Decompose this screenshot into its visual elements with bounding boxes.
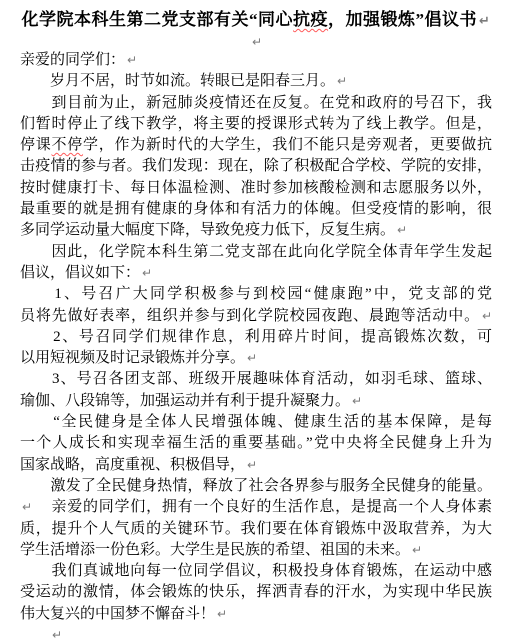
text-line: 以用短视频及时记录锻炼并分享。↵: [20, 348, 492, 369]
paragraph-mark-icon: ↵: [352, 394, 362, 408]
paragraph-mark-icon: ↵: [482, 309, 492, 323]
paragraph-mark-icon: ↵: [252, 35, 262, 49]
text-line: ↵: [20, 625, 492, 644]
paragraph-mark-icon: ↵: [142, 266, 152, 280]
text-line: “全民健身是全体人民增强体魄、健康生活的基本保障，是每: [20, 412, 492, 433]
text-line: 质，提升个人气质的关键环节。我们要在体育锻炼中汲取营养，为大: [20, 519, 492, 540]
text-line: 倡议，倡议如下：↵: [20, 263, 492, 284]
paragraph-mark-icon: ↵: [337, 74, 347, 88]
text-line: 瑜伽、八段锦等，加强运动并有利于提升凝聚力。↵: [20, 391, 492, 412]
text-line: 停课不停学，作为新时代的大学生，我们不能只是旁观者，更要做抗: [20, 135, 492, 156]
paragraph-mark-icon: ↵: [397, 223, 407, 237]
text-line: 一个人成长和实现幸福生活的重要基础。”党中央将全民健身上升为: [20, 433, 492, 454]
text-line: 到目前为止，新冠肺炎疫情还在反复。在党和政府的号召下，我: [20, 93, 492, 114]
document-body: ↵亲爱的同学们：↵ 岁月不居，时节如流。转眼已是阳春三月。↵ 到目前为止，新冠肺…: [20, 35, 492, 644]
text-line: 最重要的就是拥有健康的身体和有活力的体魄。但受疫情的影响，很: [20, 199, 492, 220]
text-line: 3、号召各团支部、班级开展趣味体育活动，如羽毛球、篮球、: [20, 369, 492, 390]
text-line: 激发了全民健身热情，释放了社会各界参与服务全民健身的能量。↵: [20, 476, 492, 497]
text-line: 按时健康打卡、每日体温检测、准时参加核酸检测和志愿服务以外，: [20, 178, 492, 199]
document-page: 化学院本科生第二党支部有关“同心抗疫，加强锻炼”倡议书↵ ↵亲爱的同学们：↵ 岁…: [0, 0, 510, 644]
spellcheck-squiggle: 不停: [52, 137, 84, 153]
text-line: 亲爱的同学们：↵: [20, 50, 492, 71]
text-line: 国家战略，高度重视、积极倡导，↵: [20, 455, 492, 476]
paragraph-mark-icon: ↵: [247, 351, 257, 365]
paragraph-mark-icon: ↵: [412, 543, 422, 557]
text-line: 员将先做好表率，组织并参与到化学院校园夜跑、晨跑等活动中。↵: [20, 306, 492, 327]
document-title: 化学院本科生第二党支部有关“同心抗疫，加强锻炼”倡议书↵: [20, 7, 492, 35]
text-line: 学生活增添一份色彩。大学生是民族的希望、祖国的未来。↵: [20, 540, 492, 561]
text-line: 2、号召同学们规律作息，利用碎片时间，提高锻炼次数，可: [20, 327, 492, 348]
text-line: 亲爱的同学们，拥有一个良好的生活作息，是提高一个人身体素: [20, 497, 492, 518]
text-line: 多同学运动量大幅度下降，导致免疫力低下，反复生病。↵: [20, 220, 492, 241]
spellcheck-squiggle: 抗疫: [293, 10, 328, 29]
paragraph-mark-icon: ↵: [479, 14, 490, 29]
paragraph-mark-icon: ↵: [52, 628, 62, 642]
text-line: ↵: [20, 35, 492, 50]
text-line: 们暂时停止了线下教学，将主要的授课形式转为了线上教学。但是，: [20, 114, 492, 135]
text-line: 岁月不居，时节如流。转眼已是阳春三月。↵: [20, 71, 492, 92]
text-line: 因此，化学院本科生第二党支部在此向化学院全体青年学生发起: [20, 242, 492, 263]
text-line: 击疫情的参与者。我们发现：现在，除了积极配合学校、学院的安排，: [20, 156, 492, 177]
paragraph-mark-icon: ↵: [127, 53, 137, 67]
text-line: 伟大复兴的中国梦不懈奋斗！↵: [20, 604, 492, 625]
text-line: 我们真诚地向每一位同学倡议，积极投身体育锻炼，在运动中感: [20, 561, 492, 582]
text-line: 受运动的激情，体会锻炼的快乐，挥洒青春的汗水，为实现中华民族: [20, 582, 492, 603]
paragraph-mark-icon: ↵: [217, 607, 227, 621]
text-line: 1、号召广大同学积极参与到校园“健康跑”中，党支部的党: [20, 284, 492, 305]
paragraph-mark-icon: ↵: [247, 458, 257, 472]
